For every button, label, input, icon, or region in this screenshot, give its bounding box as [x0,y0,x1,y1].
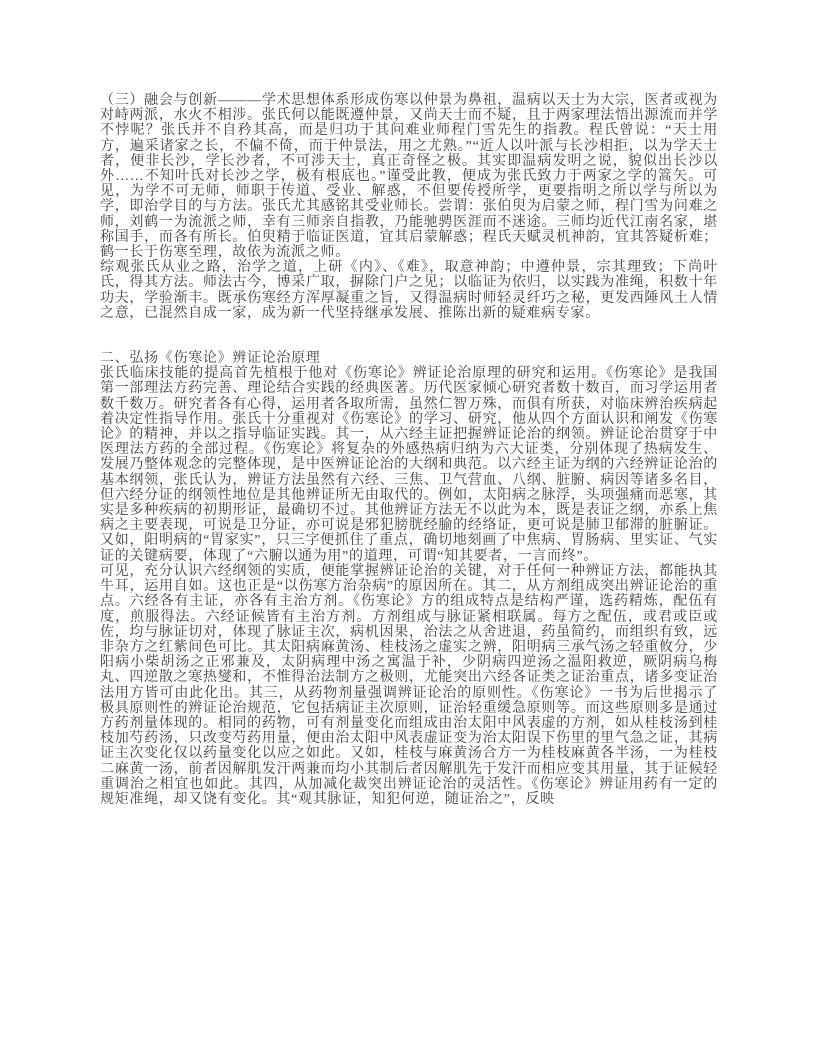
paragraph-fusion-innovation: （三）融会与创新———学术思想体系形成伤寒以仲景为鼻祖，温病以天士为大宗，医者或… [100,93,718,260]
document-content: （三）融会与创新———学术思想体系形成伤寒以仲景为鼻祖，温病以天士为大宗，医者或… [0,0,816,807]
paragraph-shanghanlun-principles: 张氏临床技能的提高首先植根于他对《伤寒论》辨证论治原理的研究和运用。《伤寒论》是… [100,366,718,564]
paragraph-six-meridians-detail: 可见，充分认识六经纲领的实质，便能掌握辨证论治的关键，对于任何一种辨证方法，都能… [100,564,718,807]
paragraph-career-summary: 综观张氏从业之路，治学之道，上研《内》、《难》，取意神韵；中遵仲景，宗其理致；下… [100,260,718,321]
document-page: （三）融会与创新———学术思想体系形成伤寒以仲景为鼻祖，温病以天士为大宗，医者或… [0,0,816,1056]
section-heading: 二、弘扬《伤寒论》辨证论治原理 [100,351,718,366]
